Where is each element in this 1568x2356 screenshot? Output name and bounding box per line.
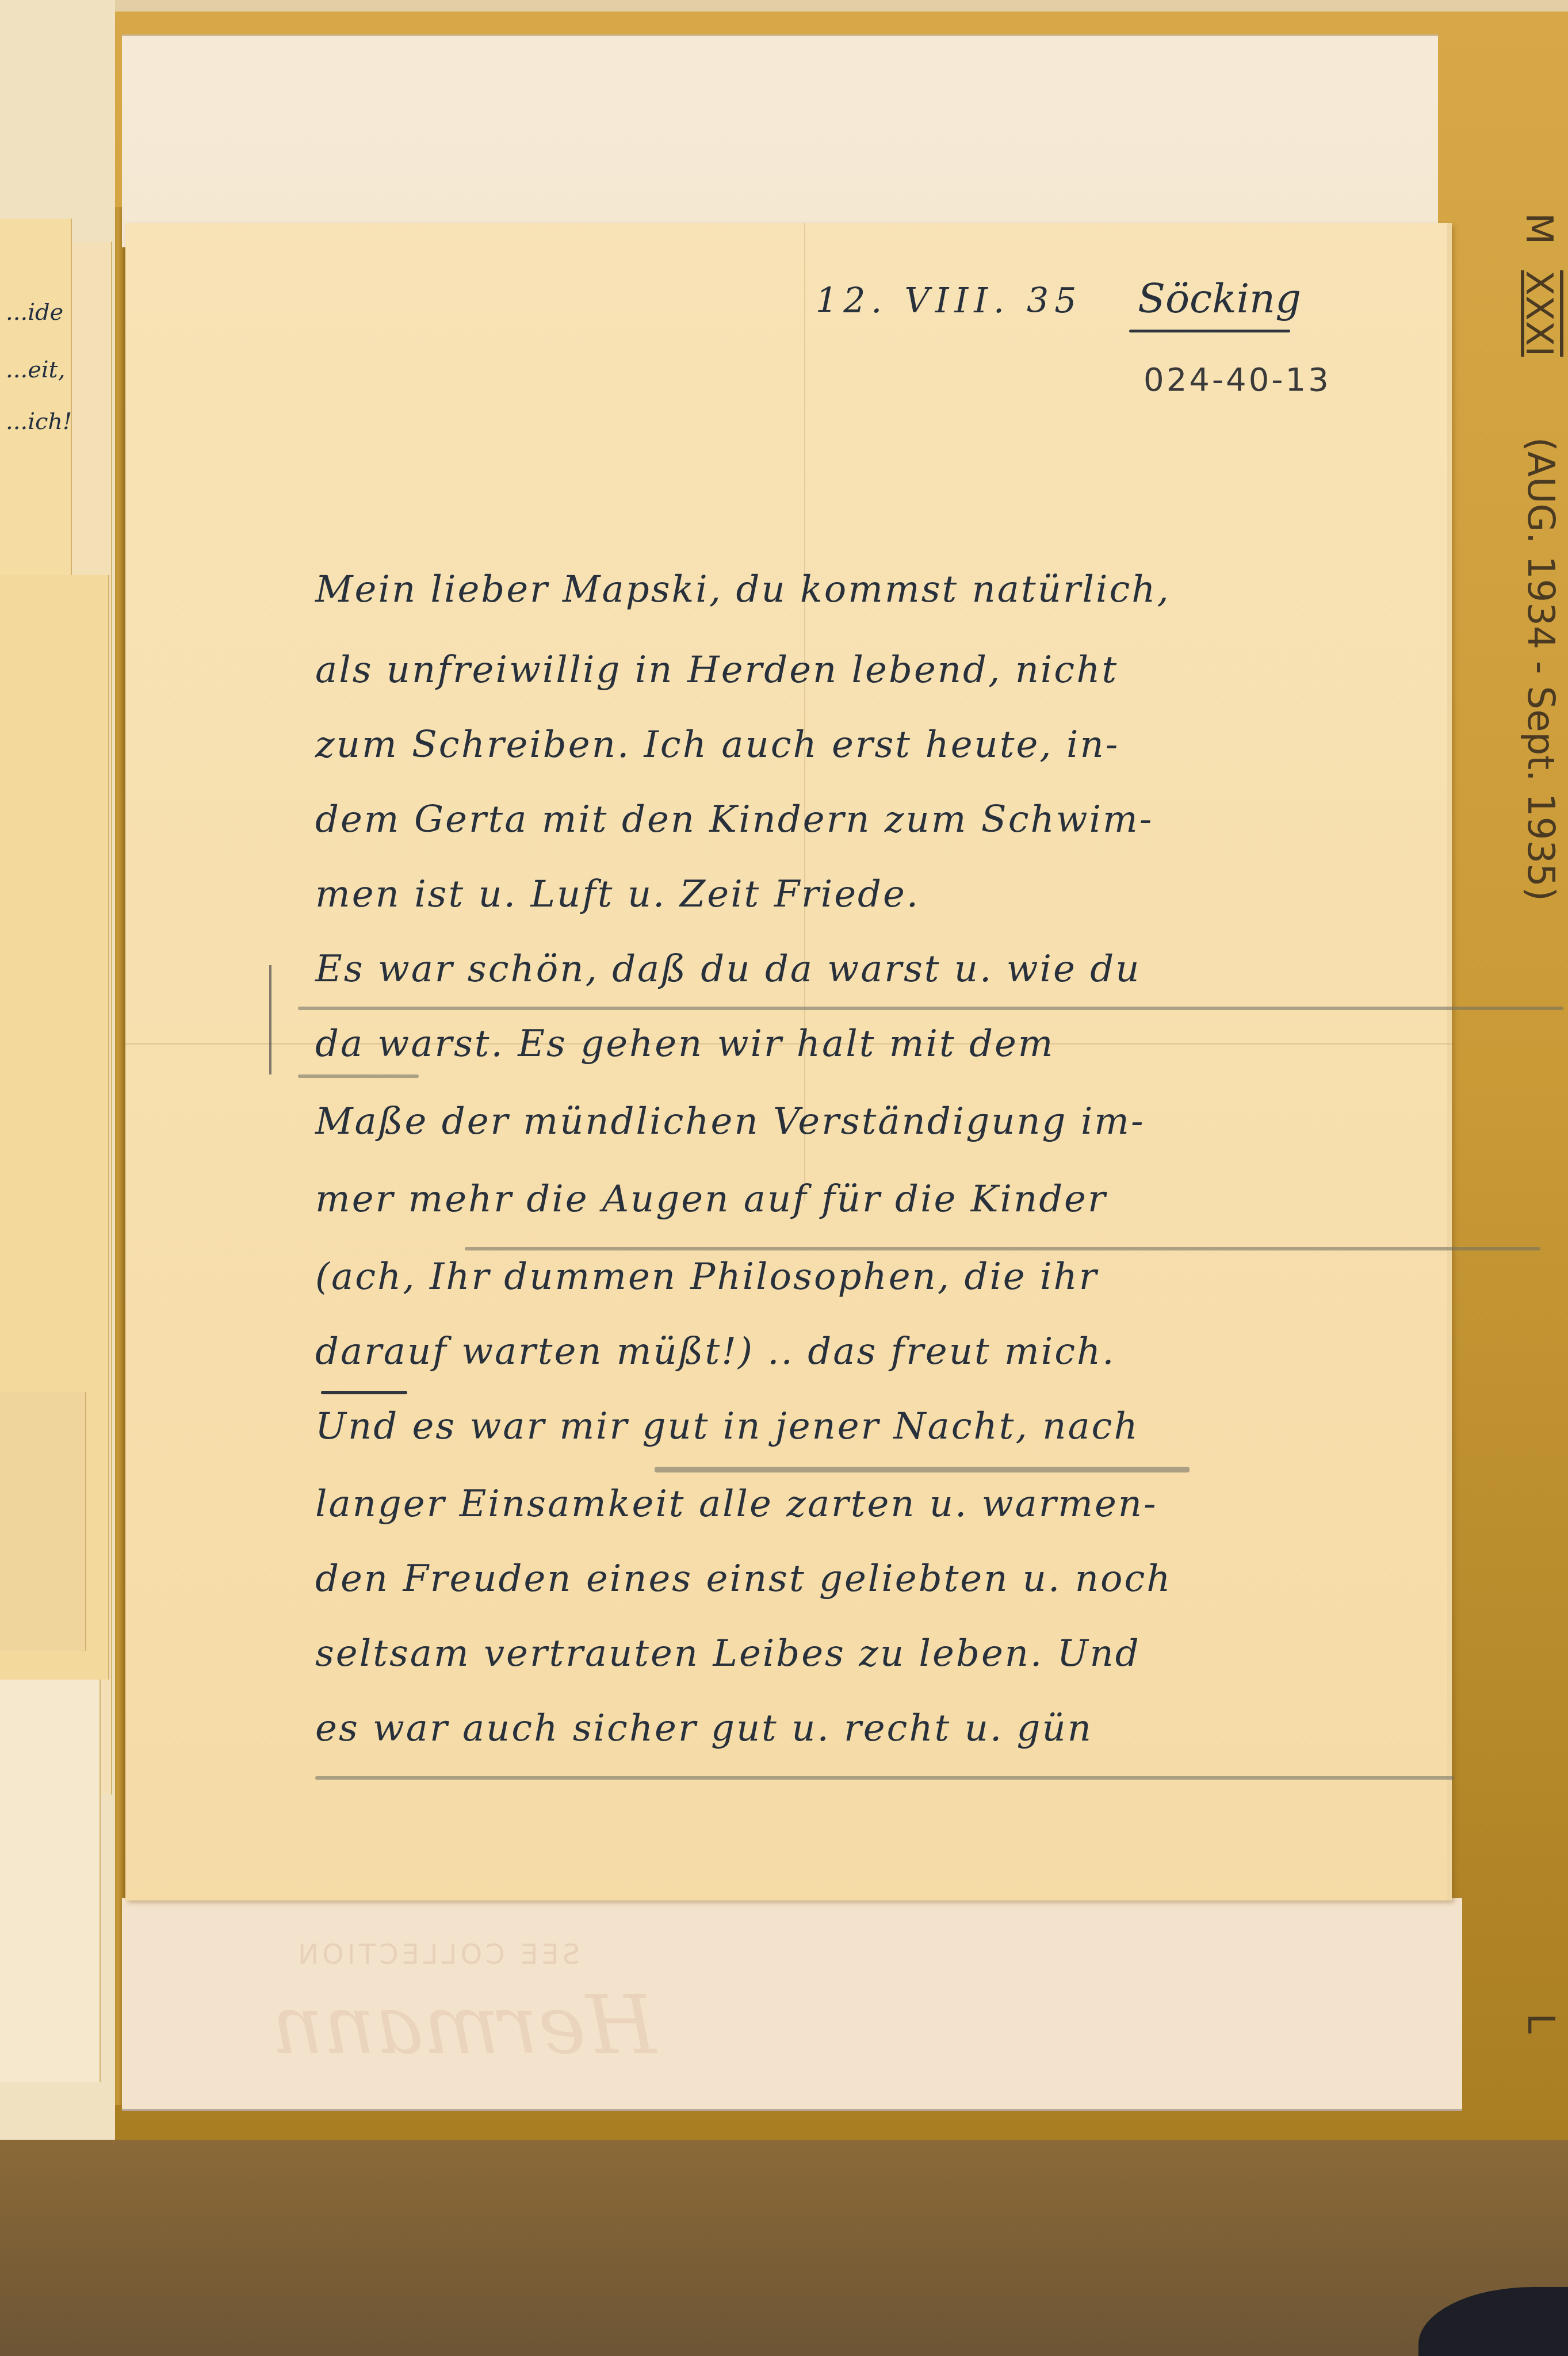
letter-line: men ist u. Luft u. Zeit Friede. [315, 873, 920, 916]
letter-line: es war auch sicher gut u. recht u. gün [315, 1707, 1093, 1750]
letter-place: Söcking [1138, 275, 1301, 322]
left-fragment-3: ...ich! [6, 408, 72, 435]
letter-line: Maße der mündlichen Verständigung im- [315, 1100, 1145, 1143]
ink-underline [321, 1391, 407, 1394]
white-backing-sheet-bottom: SEE COLLECTION Hermann [122, 1898, 1462, 2111]
folder-label-series: XXXI [1517, 270, 1560, 357]
letter-line: mer mehr die Augen auf für die Kinder [315, 1178, 1107, 1221]
table-edge [0, 2140, 1568, 2356]
letter-line: den Freuden eines einst geliebten u. noc… [315, 1558, 1172, 1600]
archive-reference-number: 024-40-13 [1144, 361, 1331, 399]
letter-line: Und es war mir gut in jener Nacht, nach [315, 1405, 1139, 1448]
left-sheet [0, 1680, 101, 2082]
letter-line: darauf warten müßt!) .. das freut mich. [315, 1330, 1116, 1373]
folder-label-letter: M [1517, 213, 1560, 244]
pencil-underline [298, 1007, 1563, 1010]
pencil-underline [465, 1247, 1540, 1250]
white-backing-sheet-top [122, 35, 1438, 247]
letter-line: da warst. Es gehen wir halt mit dem [315, 1023, 1055, 1065]
letter-line: Es war schön, daß du da warst u. wie du [315, 948, 1141, 990]
pencil-underline [315, 1776, 1454, 1780]
bleed-through-stamp: SEE COLLECTION [295, 1938, 580, 1971]
left-fragment-2: ...eit, [6, 357, 65, 383]
folder-label-date-range: (AUG. 1934 - Sept. 1935) [1519, 437, 1562, 901]
letter-line: als unfreiwillig in Herden lebend, nicht [315, 649, 1118, 691]
handwritten-letter: 12. VIII. 35 Söcking 024-40-13 Mein lieb… [125, 223, 1452, 1900]
letter-date: 12. VIII. 35 [816, 281, 1082, 321]
letter-line: Mein lieber Mapski, du kommst natürlich, [315, 568, 1171, 611]
letter-line: (ach, Ihr dummen Philosophen, die ihr [315, 1256, 1098, 1298]
letter-line: seltsam vertrauten Leibes zu leben. Und [315, 1632, 1141, 1675]
left-fragment-1: ...ide [6, 299, 63, 326]
letter-line: dem Gerta mit den Kindern zum Schwim- [315, 798, 1153, 841]
folder-label-bottom-mark: L [1519, 2013, 1562, 2034]
pencil-underline [655, 1467, 1190, 1472]
left-sheet [0, 1392, 86, 1651]
place-underline [1129, 330, 1290, 332]
letter-line: langer Einsamkeit alle zarten u. warmen- [315, 1483, 1158, 1525]
bleed-through-signature: Hermann [271, 1979, 656, 2072]
left-sheet: ...ide ...eit, ...ich! [0, 219, 72, 575]
pencil-underline [298, 1074, 419, 1078]
pencil-margin-mark [269, 965, 271, 1074]
left-document-stack: ...ide ...eit, ...ich! [0, 0, 115, 2151]
letter-line: zum Schreiben. Ich auch erst heute, in- [315, 724, 1119, 766]
